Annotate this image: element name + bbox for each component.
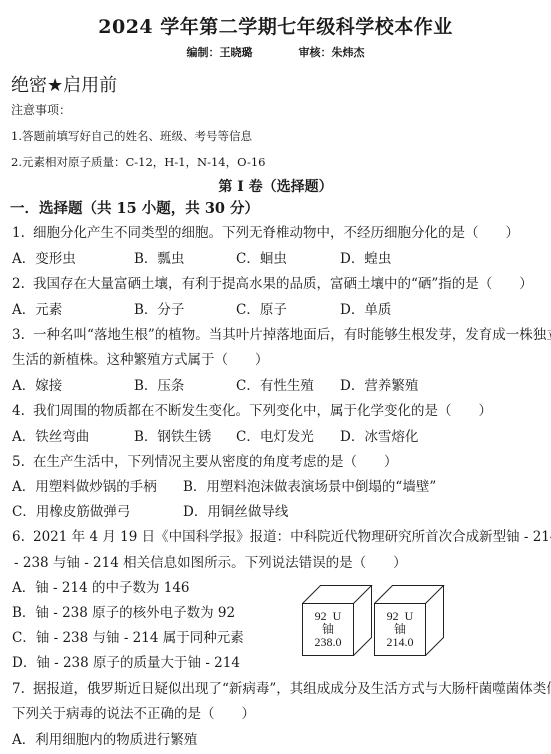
element-symbol: U (333, 609, 342, 623)
question-number: 6. (12, 528, 25, 546)
question-text: 我国存在大量富硒土壤，有利于提高水果的品质，富硒土壤中的“硒”指的是（ ） (33, 275, 533, 293)
uranium-isotope-figure: 92 U 铀 238.0 92 U 铀 214.0 (300, 584, 460, 660)
question-number: 3. (12, 326, 25, 344)
question-text: 我们周围的物质都在不断发生变化。下列变化中，属于化学变化的是（ ） (33, 402, 492, 420)
option-b: B．用塑料泡沫做表演场景中倒塌的“墙壁” (183, 478, 436, 496)
question-text: 细胞分化产生不同类型的细胞。下列无脊椎动物中，不经历细胞分化的是（ ） (33, 224, 519, 242)
option-c: C．蛔虫 (236, 250, 287, 268)
note-item: 2.元素相对原子质量：C-12，H-1，N-14，O-16 (11, 153, 265, 171)
question-text: 生活的新植株。这种繁殖方式属于（ ） (12, 351, 269, 369)
option-d: D．蝗虫 (340, 250, 391, 268)
notes-heading: 注意事项： (11, 101, 71, 119)
option-a: A．铀 - 214 的中子数为 146 (12, 579, 190, 597)
reviewer-label: 审核：朱炜杰 (299, 44, 365, 60)
authors-line: 编制：王晓璐审核：朱炜杰 (0, 44, 551, 60)
question-number: 5. (12, 453, 25, 471)
note-item: 1.答题前填写好自己的姓名、班级、考号等信息 (11, 127, 252, 145)
option-b: B．瓢虫 (134, 250, 184, 268)
option-c: C．铀 - 238 与铀 - 214 属于同种元素 (12, 629, 244, 647)
section-title: 一．选择题（共 15 小题，共 30 分） (10, 200, 259, 218)
option-d: D．铀 - 238 原子的质量大于铀 - 214 (12, 654, 240, 672)
question-text: 一种名叫“落地生根”的植物。当其叶片掉落地面后，有时能够生根发芽，发育成一株独立 (33, 326, 551, 344)
option-a: A．用塑料做炒锅的手柄 (12, 478, 157, 496)
option-d: D．冰雪熔化 (340, 428, 418, 446)
atomic-mass: 214.0 (375, 636, 425, 649)
question-text: 下列关于病毒的说法不正确的是（ ） (12, 705, 255, 723)
page-title: 2024 学年第二学期七年级科学校本作业 (0, 12, 551, 39)
question-number: 1. (12, 224, 25, 242)
option-a: A．利用细胞内的物质进行繁殖 (12, 731, 197, 749)
question-number: 7. (12, 680, 25, 698)
option-c: C．电灯发光 (236, 428, 314, 446)
option-b: B．铀 - 238 原子的核外电子数为 92 (12, 604, 235, 622)
option-a: A．变形虫 (12, 250, 76, 268)
option-a: A．嫁接 (12, 377, 62, 395)
option-d: D．用铜丝做导线 (183, 503, 288, 521)
question-text: 在生产生活中，下列情况主要从密度的角度考虑的是（ ） (33, 453, 398, 471)
atomic-number: 92 (315, 609, 327, 623)
element-symbol: U (405, 609, 414, 623)
volume-title: 第 I 卷（选择题） (0, 176, 551, 196)
option-c: C．有性生殖 (236, 377, 314, 395)
option-d: D．营养繁殖 (340, 377, 418, 395)
option-b: B．压条 (134, 377, 184, 395)
cube-uranium-214: 92 U 铀 214.0 (375, 610, 425, 649)
atomic-mass: 238.0 (303, 636, 353, 649)
confidential-label: 绝密★启用前 (11, 71, 117, 97)
question-number: 2. (12, 275, 25, 293)
option-c: C．用橡皮筋做弹弓 (12, 503, 130, 521)
option-a: A．铁丝弯曲 (12, 428, 89, 446)
option-b: B．钢铁生锈 (134, 428, 211, 446)
option-d: D．单质 (340, 301, 391, 319)
question-number: 4. (12, 402, 25, 420)
question-text: - 238 与铀 - 214 相关信息如图所示。下列说法错误的是（ ） (14, 554, 407, 572)
cube-uranium-238: 92 U 铀 238.0 (303, 610, 353, 649)
option-c: C．原子 (236, 301, 287, 319)
option-a: A．元素 (12, 301, 62, 319)
question-text: 据报道，俄罗斯近日疑似出现了“新病毒”，其组成成分及生活方式与大肠杆菌噬菌体类似… (33, 680, 551, 698)
question-text: 2021 年 4 月 19 日《中国科学报》报道：中科院近代物理研究所首次合成新… (33, 528, 551, 546)
atomic-number: 92 (387, 609, 399, 623)
option-b: B．分子 (134, 301, 184, 319)
editor-label: 编制：王晓璐 (187, 44, 253, 60)
